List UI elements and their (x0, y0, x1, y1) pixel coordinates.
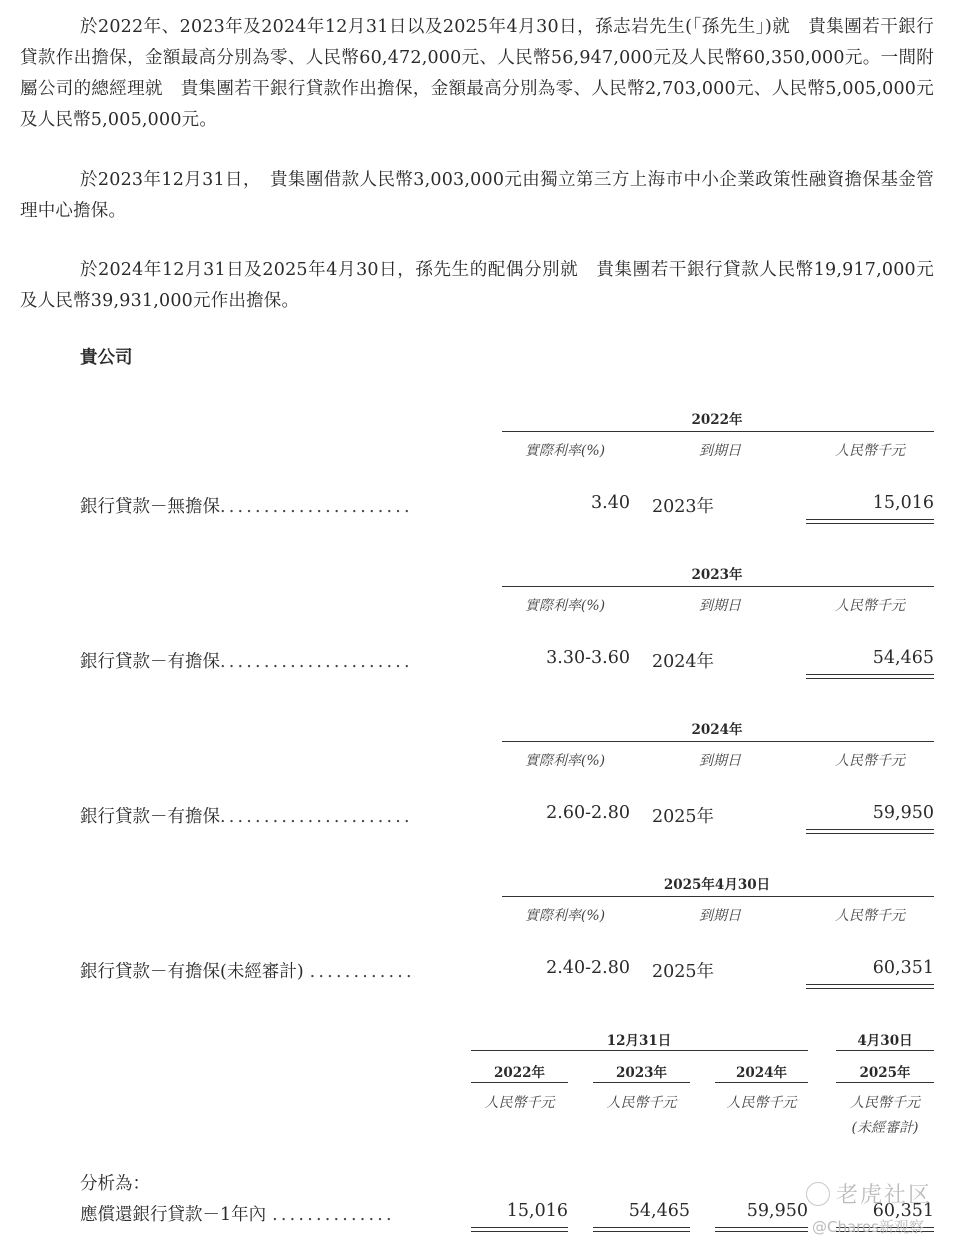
year-rule-2022 (471, 1082, 568, 1083)
double-underline (806, 829, 934, 834)
col-header-amount: 人民幣千元 (810, 440, 930, 460)
double-underline-2024 (715, 1227, 808, 1232)
maturity-value: 2025年 (652, 958, 714, 983)
rate-value: 3.40 (540, 493, 630, 513)
col-header-amount: 人民幣千元 (810, 595, 930, 615)
value-2023: 54,465 (593, 1201, 690, 1221)
unaudited-note: (未經審計) (836, 1117, 934, 1137)
year-header-2023: 2023年 (593, 1061, 690, 1081)
double-underline (806, 674, 934, 679)
unit-2025: 人民幣千元 (836, 1092, 934, 1112)
row-label: 銀行貸款－有擔保...................... (80, 803, 413, 828)
col-header-maturity: 到期日 (670, 905, 770, 925)
leader-dots: ...................... (220, 807, 413, 827)
rate-value: 2.40-2.80 (520, 958, 630, 978)
maturity-value: 2025年 (652, 803, 714, 828)
year-header-2022: 2022年 (471, 1061, 568, 1081)
amount-value: 15,016 (800, 493, 934, 513)
year-header-2025: 2025年 (836, 1061, 934, 1081)
rate-value: 3.30-3.60 (520, 648, 630, 668)
amount-value: 60,351 (800, 958, 934, 978)
year-header-2024: 2024年 (715, 1061, 808, 1081)
col-header-maturity: 到期日 (670, 750, 770, 770)
period-header: 2025年4月30日 (500, 873, 934, 893)
period-header: 2022年 (500, 408, 934, 428)
maturity-value: 2023年 (652, 493, 714, 518)
amount-value: 59,950 (800, 803, 934, 823)
col-header-amount: 人民幣千元 (810, 750, 930, 770)
double-underline (806, 984, 934, 989)
group-rule-dec31 (471, 1050, 808, 1051)
value-2024: 59,950 (715, 1201, 808, 1221)
group-header-dec31: 12月31日 (470, 1029, 808, 1049)
watermark: 老虎社区 (806, 1178, 932, 1209)
paragraph-third-party-guarantee: 於2023年12月31日， 貴集團借款人民幣3,003,000元由獨立第三方上海… (20, 165, 934, 227)
watermark-brand: 老虎社区 (836, 1183, 932, 1208)
paragraph-spouse-guarantee: 於2024年12月31日及2025年4月30日，孫先生的配偶分別就 貴集團若干銀… (20, 255, 934, 317)
col-header-amount: 人民幣千元 (810, 905, 930, 925)
maturity-value: 2024年 (652, 648, 714, 673)
double-underline-2023 (593, 1227, 690, 1232)
period-header: 2023年 (500, 563, 934, 583)
leader-dots: ...................... (220, 652, 413, 672)
group-header-apr30: 4月30日 (836, 1029, 934, 1049)
amount-value: 54,465 (800, 648, 934, 668)
period-header: 2024年 (500, 718, 934, 738)
unit-2022: 人民幣千元 (471, 1092, 568, 1112)
watermark-logo-icon (806, 1182, 830, 1206)
col-header-maturity: 到期日 (670, 440, 770, 460)
unit-2024: 人民幣千元 (715, 1092, 808, 1112)
leader-dots: ...................... (220, 497, 413, 517)
header-rule (502, 741, 934, 742)
unit-2023: 人民幣千元 (593, 1092, 690, 1112)
row-label: 應償還銀行貸款－1年內.............. (80, 1201, 395, 1226)
double-underline (806, 519, 934, 524)
section-heading-company: 貴公司 (80, 344, 133, 369)
header-rule (502, 431, 934, 432)
analysis-label: 分析為： (80, 1170, 150, 1195)
group-rule-apr30 (836, 1050, 934, 1051)
paragraph-guarantees-mr-sun: 於2022年、2023年及2024年12月31日以及2025年4月30日，孫志岩… (20, 12, 934, 136)
leader-dots: .............. (272, 1205, 395, 1225)
watermark-handle: @Charos新观察 (812, 1216, 924, 1237)
year-rule-2023 (593, 1082, 690, 1083)
double-underline-2022 (471, 1227, 568, 1232)
row-label: 銀行貸款－無擔保...................... (80, 493, 413, 518)
col-header-rate: 實際利率(%) (505, 595, 625, 615)
header-rule (502, 896, 934, 897)
col-header-rate: 實際利率(%) (505, 440, 625, 460)
value-2022: 15,016 (471, 1201, 568, 1221)
row-label: 銀行貸款－有擔保...................... (80, 648, 413, 673)
rate-value: 2.60-2.80 (520, 803, 630, 823)
col-header-rate: 實際利率(%) (505, 750, 625, 770)
year-rule-2024 (715, 1082, 808, 1083)
col-header-maturity: 到期日 (670, 595, 770, 615)
year-rule-2025 (836, 1082, 934, 1083)
row-label: 銀行貸款－有擔保(未經審計)............ (80, 958, 415, 983)
leader-dots: ............ (310, 962, 415, 982)
col-header-rate: 實際利率(%) (505, 905, 625, 925)
header-rule (502, 586, 934, 587)
